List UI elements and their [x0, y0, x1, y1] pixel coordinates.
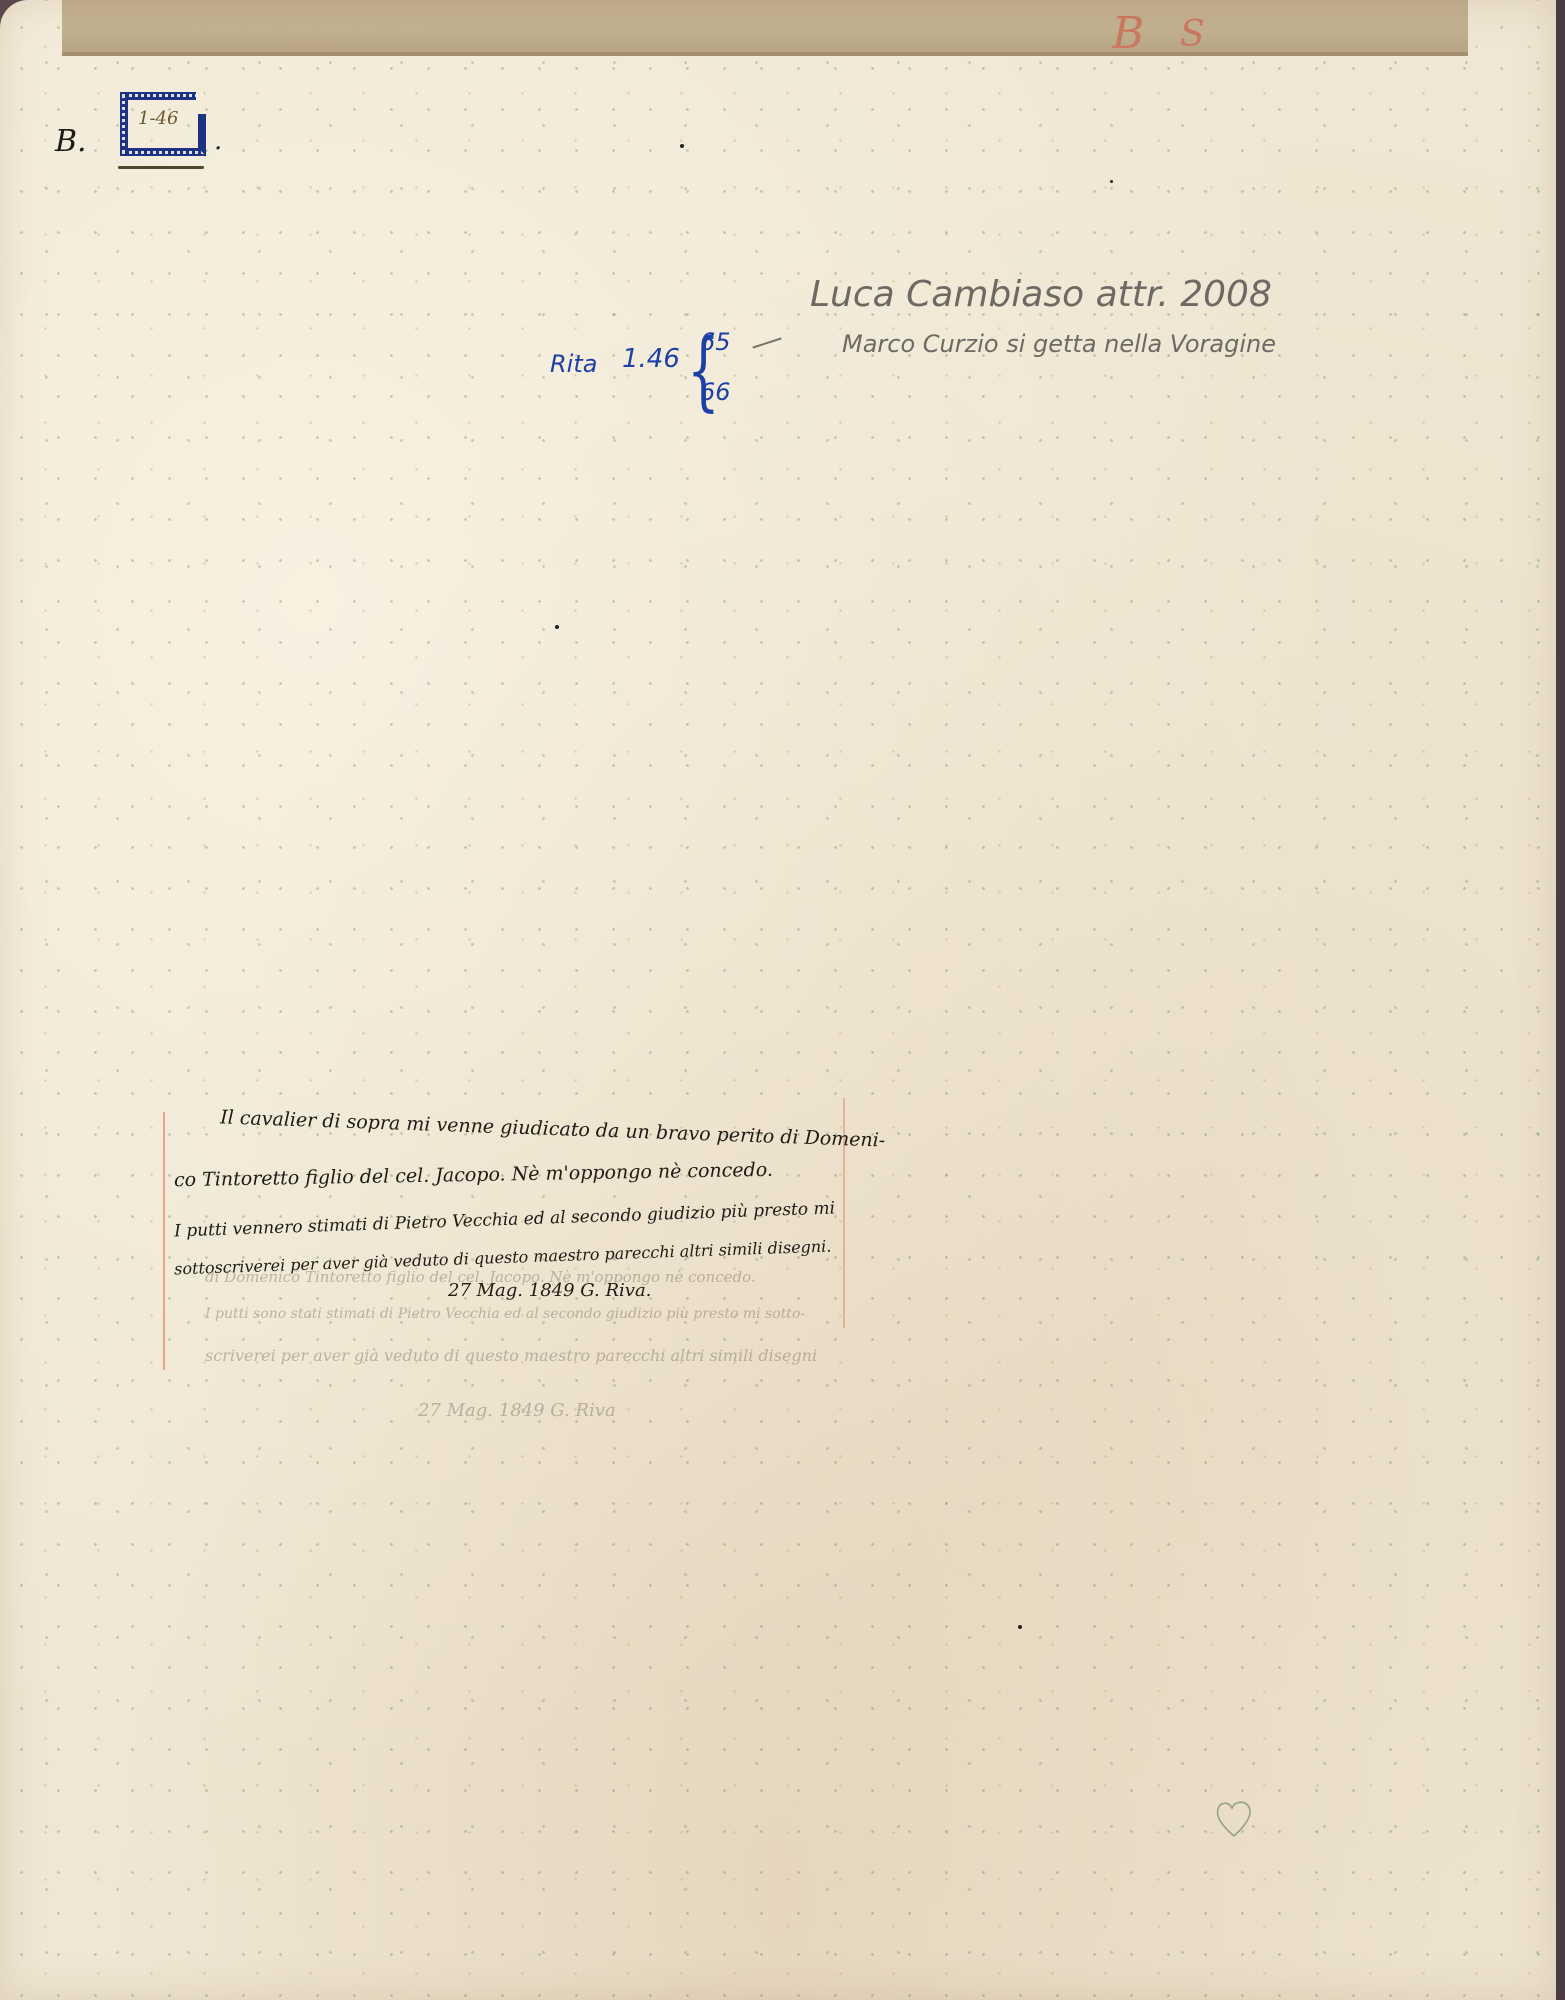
ink-note-line-2: co Tintoretto figlio del cel. Jacopo. Nè… [174, 1159, 773, 1191]
blue-note-ref: 1.46 [622, 344, 680, 374]
document-sheet: B S B. 1-46 . Luca Cambiaso attr. 2008 M… [0, 0, 1556, 2000]
faded-line-2: I putti sono stati stimati di Pietro Vec… [205, 1306, 805, 1322]
faded-line-3: scriverei per aver già veduto di questo … [205, 1346, 817, 1365]
pencil-title: Marco Curzio si getta nella Voragine [842, 330, 1276, 358]
ink-spot [1110, 180, 1113, 183]
ink-note-line-3: I putti vennero stimati di Pietro Vecchi… [174, 1198, 836, 1241]
tape-mark-b: B [1112, 8, 1144, 59]
heart-outline-icon [1212, 1796, 1256, 1840]
catalog-prefix: B. [55, 124, 87, 159]
ink-spot [1018, 1625, 1022, 1629]
paper-tape-strip: B S [62, 0, 1468, 56]
ink-spot [555, 625, 559, 629]
ink-spot [680, 144, 684, 148]
stamp-suffix: . [214, 126, 222, 156]
tape-mark-s: S [1180, 14, 1205, 55]
faded-line-1: di Domenico Tintoretto figlio del cel. J… [205, 1268, 756, 1286]
blue-note-label: Rita [550, 350, 597, 378]
stamp-underline [118, 166, 204, 169]
pencil-dash [752, 337, 781, 348]
foxing-texture [0, 0, 1556, 2000]
faded-signature: 27 Mag. 1849 G. Riva [418, 1400, 616, 1421]
pencil-attribution: Luca Cambiaso attr. 2008 [810, 274, 1272, 315]
ink-note-line-1: Il cavalier di sopra mi venne giudicato … [220, 1106, 886, 1151]
stamp-number: 1-46 [138, 108, 178, 129]
mount-edge [1556, 0, 1565, 2000]
blue-note-item-66: 66 [700, 378, 731, 406]
red-margin-left [163, 1112, 165, 1370]
blue-note-item-65: 65 [700, 328, 731, 356]
